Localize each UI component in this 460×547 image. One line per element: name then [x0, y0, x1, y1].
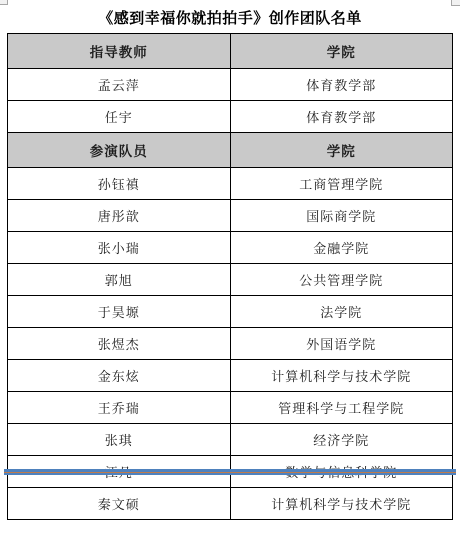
college-cell: 管理科学与工程学院	[230, 392, 453, 424]
table-row: 张琪经济学院	[8, 424, 453, 456]
table-row: 任宇体育教学部	[8, 101, 453, 133]
college-cell: 国际商学院	[230, 200, 453, 232]
college-cell: 公共管理学院	[230, 264, 453, 296]
name-cell: 指导教师	[8, 34, 231, 69]
college-cell: 学院	[230, 133, 453, 168]
college-cell: 外国语学院	[230, 328, 453, 360]
name-cell: 王乔瑞	[8, 392, 231, 424]
divider-inner-line	[4, 472, 456, 473]
table-row: 孟云萍体育教学部	[8, 69, 453, 101]
blue-horizontal-rule	[4, 469, 456, 475]
college-cell: 金融学院	[230, 232, 453, 264]
college-cell: 学院	[230, 34, 453, 69]
college-cell: 计算机科学与技术学院	[230, 360, 453, 392]
team-roster-table: 指导教师学院孟云萍体育教学部任宇体育教学部参演队员学院孙钰禛工商管理学院唐彤歆国…	[7, 33, 453, 520]
name-cell: 孙钰禛	[8, 168, 231, 200]
page-corner-fragment-right	[451, 0, 460, 6]
college-cell: 体育教学部	[230, 101, 453, 133]
table-header-row: 指导教师学院	[8, 34, 453, 69]
page-corner-fragment-left	[0, 0, 8, 5]
table-row: 唐彤歆国际商学院	[8, 200, 453, 232]
name-cell: 张琪	[8, 424, 231, 456]
name-cell: 张煜杰	[8, 328, 231, 360]
college-cell: 体育教学部	[230, 69, 453, 101]
name-cell: 秦文硕	[8, 488, 231, 520]
table-row: 金东炫计算机科学与技术学院	[8, 360, 453, 392]
table-row: 王乔瑞管理科学与工程学院	[8, 392, 453, 424]
college-cell: 经济学院	[230, 424, 453, 456]
college-cell: 法学院	[230, 296, 453, 328]
name-cell: 参演队员	[8, 133, 231, 168]
name-cell: 孟云萍	[8, 69, 231, 101]
name-cell: 张小瑞	[8, 232, 231, 264]
name-cell: 唐彤歆	[8, 200, 231, 232]
table-row: 孙钰禛工商管理学院	[8, 168, 453, 200]
name-cell: 于昊塬	[8, 296, 231, 328]
table-row: 张小瑞金融学院	[8, 232, 453, 264]
page-title: 《感到幸福你就拍拍手》创作团队名单	[0, 7, 460, 28]
college-cell: 计算机科学与技术学院	[230, 488, 453, 520]
name-cell: 金东炫	[8, 360, 231, 392]
table-row: 张煜杰外国语学院	[8, 328, 453, 360]
table-row: 于昊塬法学院	[8, 296, 453, 328]
name-cell: 郭旭	[8, 264, 231, 296]
college-cell: 工商管理学院	[230, 168, 453, 200]
table-row: 郭旭公共管理学院	[8, 264, 453, 296]
table-row: 秦文硕计算机科学与技术学院	[8, 488, 453, 520]
table-header-row: 参演队员学院	[8, 133, 453, 168]
name-cell: 任宇	[8, 101, 231, 133]
